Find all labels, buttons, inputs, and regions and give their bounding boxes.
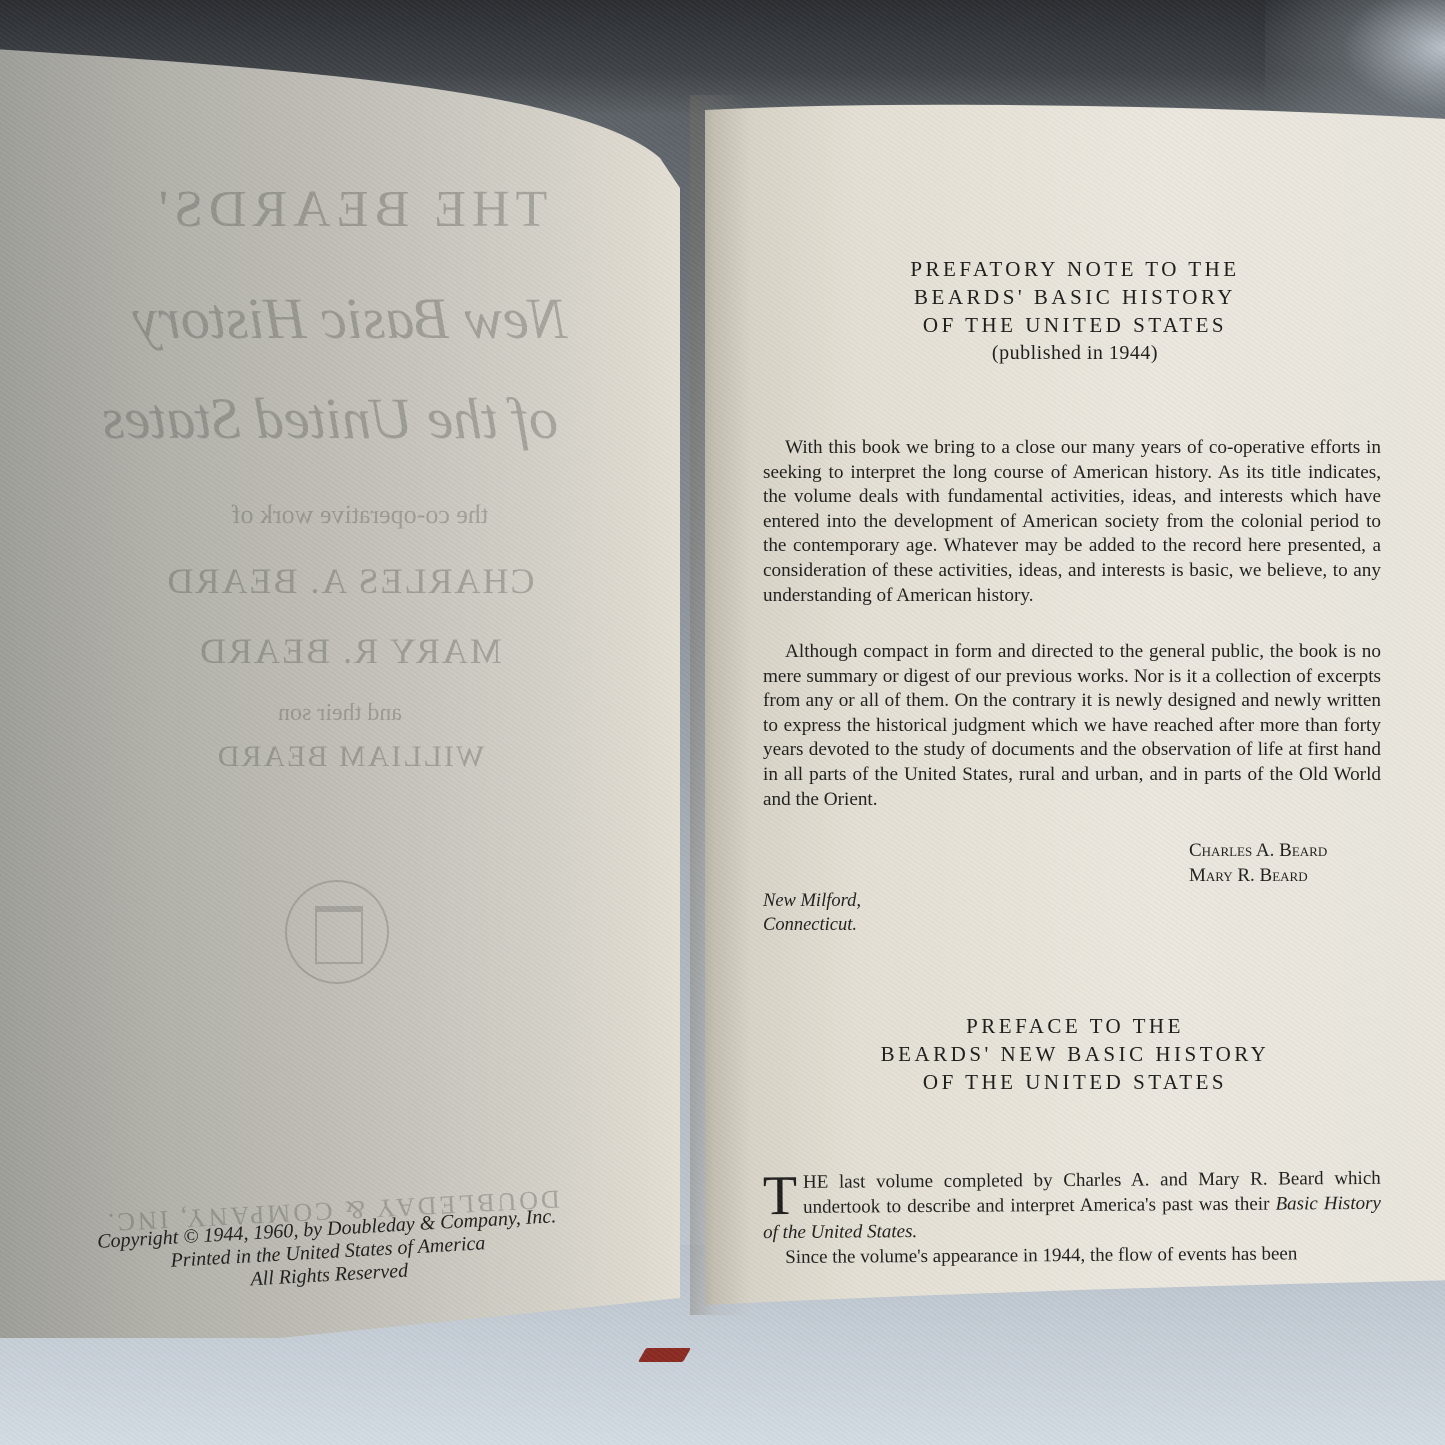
show-through-author-2: MARY R. BEARD [170,630,530,672]
place-line: Connecticut. [763,913,861,937]
show-through-subtitle-1: New Basic History [90,285,610,352]
left-page [0,48,700,1338]
prefatory-note-heading: PREFATORY NOTE TO THE BEARDS' BASIC HIST… [800,255,1350,367]
paragraph-text: With this book we bring to a close our m… [763,436,1381,608]
show-through-author-1: CHARLES A. BEARD [140,560,560,602]
heading-line: PREFATORY NOTE TO THE [800,255,1350,283]
book-spine-edge [638,1348,691,1362]
place-line: New Milford, [763,889,861,913]
preface-paragraph-1: THE last volume completed by Charles A. … [763,1166,1382,1245]
show-through-and-son: and their son [240,700,440,727]
place-signature: New Milford, Connecticut. [763,889,861,937]
heading-line: OF THE UNITED STATES [800,311,1350,339]
prefatory-paragraph-2: Although compact in form and directed to… [763,640,1381,812]
publisher-colophon-icon [285,880,389,984]
heading-line: PREFACE TO THE [800,1012,1350,1040]
preface-paragraph-2: Since the volume's appearance in 1944, t… [763,1241,1381,1270]
preface-body: THE last volume completed by Charles A. … [763,1166,1382,1270]
signature-charles: Charles A. Beard [1189,840,1327,862]
signature-mary: Mary R. Beard [1189,865,1308,887]
paragraph-text: Although compact in form and directed to… [763,640,1381,812]
show-through-cooperative: the co-operative work of [170,500,550,530]
show-through-title: THE BEARDS' [150,180,550,239]
show-through-subtitle-2: of the United States [60,385,600,452]
drop-cap: T [763,1174,798,1218]
heading-subtitle: (published in 1944) [800,339,1350,367]
heading-line: OF THE UNITED STATES [800,1068,1350,1096]
heading-line: BEARDS' BASIC HISTORY [800,283,1350,311]
book-gutter [690,95,750,1315]
prefatory-paragraph-1: With this book we bring to a close our m… [763,436,1381,608]
show-through-author-3: WILLIAM BEARD [190,740,510,774]
preface-heading: PREFACE TO THE BEARDS' NEW BASIC HISTORY… [800,1012,1350,1096]
heading-line: BEARDS' NEW BASIC HISTORY [800,1040,1350,1068]
